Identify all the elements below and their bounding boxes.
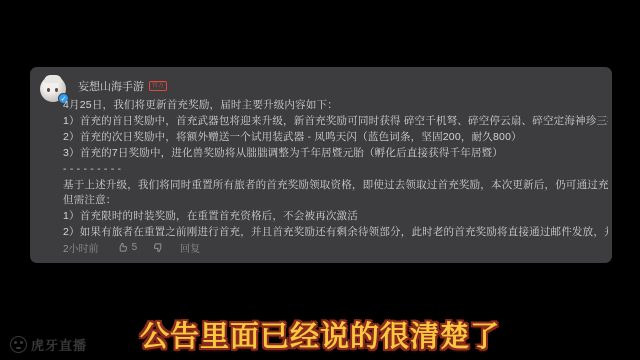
- dislike-button[interactable]: [153, 242, 164, 253]
- like-count: 5: [132, 242, 138, 253]
- divider-dashes: - - - - - - - - -: [63, 162, 608, 178]
- like-button[interactable]: 5: [117, 242, 138, 253]
- post-body: 4月25日，我们将更新首充奖励，届时主要升级内容如下： 1）首充的首日奖励中，首…: [63, 98, 608, 238]
- video-subtitle: 公告里面已经说的很清楚了: [0, 314, 640, 355]
- reply-button[interactable]: 回复: [180, 240, 200, 255]
- huya-logo-icon: [10, 336, 27, 353]
- post-line: 3）首充的7日奖励中，进化兽奖励将从朏朏调整为千年居暨元胎（孵化后直接获得千年居…: [63, 146, 608, 162]
- post-line: 2）首充的次日奖励中，将额外赠送一个试用装武器 - 凤鸣天闪（蓝色词条，坚固20…: [63, 130, 608, 146]
- huya-logo-text: 虎牙直播: [31, 335, 87, 354]
- post-line: 但需注意：: [63, 193, 608, 209]
- post-line: 1）首充的首日奖励中，首充武器包将迎来升级，新首充奖励可同时获得 碎空千机弩、碎…: [63, 114, 608, 130]
- thumbs-down-icon: [153, 242, 164, 253]
- timestamp: 2小时前: [63, 240, 99, 255]
- thumbs-up-icon: [117, 242, 128, 253]
- huya-watermark: 虎牙直播: [10, 335, 87, 354]
- post-line: 1）首充限时的时装奖励，在重置首充资格后，不会被再次激活: [63, 209, 608, 225]
- author-name[interactable]: 妄想山海手游: [78, 78, 144, 94]
- post-line: 4月25日，我们将更新首充奖励，届时主要升级内容如下：: [63, 98, 608, 114]
- post-card: ✓ 妄想山海手游 官方 4月25日，我们将更新首充奖励，届时主要升级内容如下： …: [30, 67, 612, 263]
- post-line: 基于上述升级，我们将同时重置所有旅者的首充奖励领取资格，即使过去领取过首充奖励，…: [63, 178, 608, 194]
- author-row: 妄想山海手游 官方: [78, 78, 167, 94]
- official-badge: 官方: [149, 81, 167, 91]
- post-line: 2）如果有旅者在重置之前刚进行首充，并且首充奖励还有剩余待领部分，此时老的首充奖…: [63, 225, 608, 238]
- post-footer: 2小时前 5 回复: [63, 240, 200, 255]
- avatar-hat: [44, 75, 62, 83]
